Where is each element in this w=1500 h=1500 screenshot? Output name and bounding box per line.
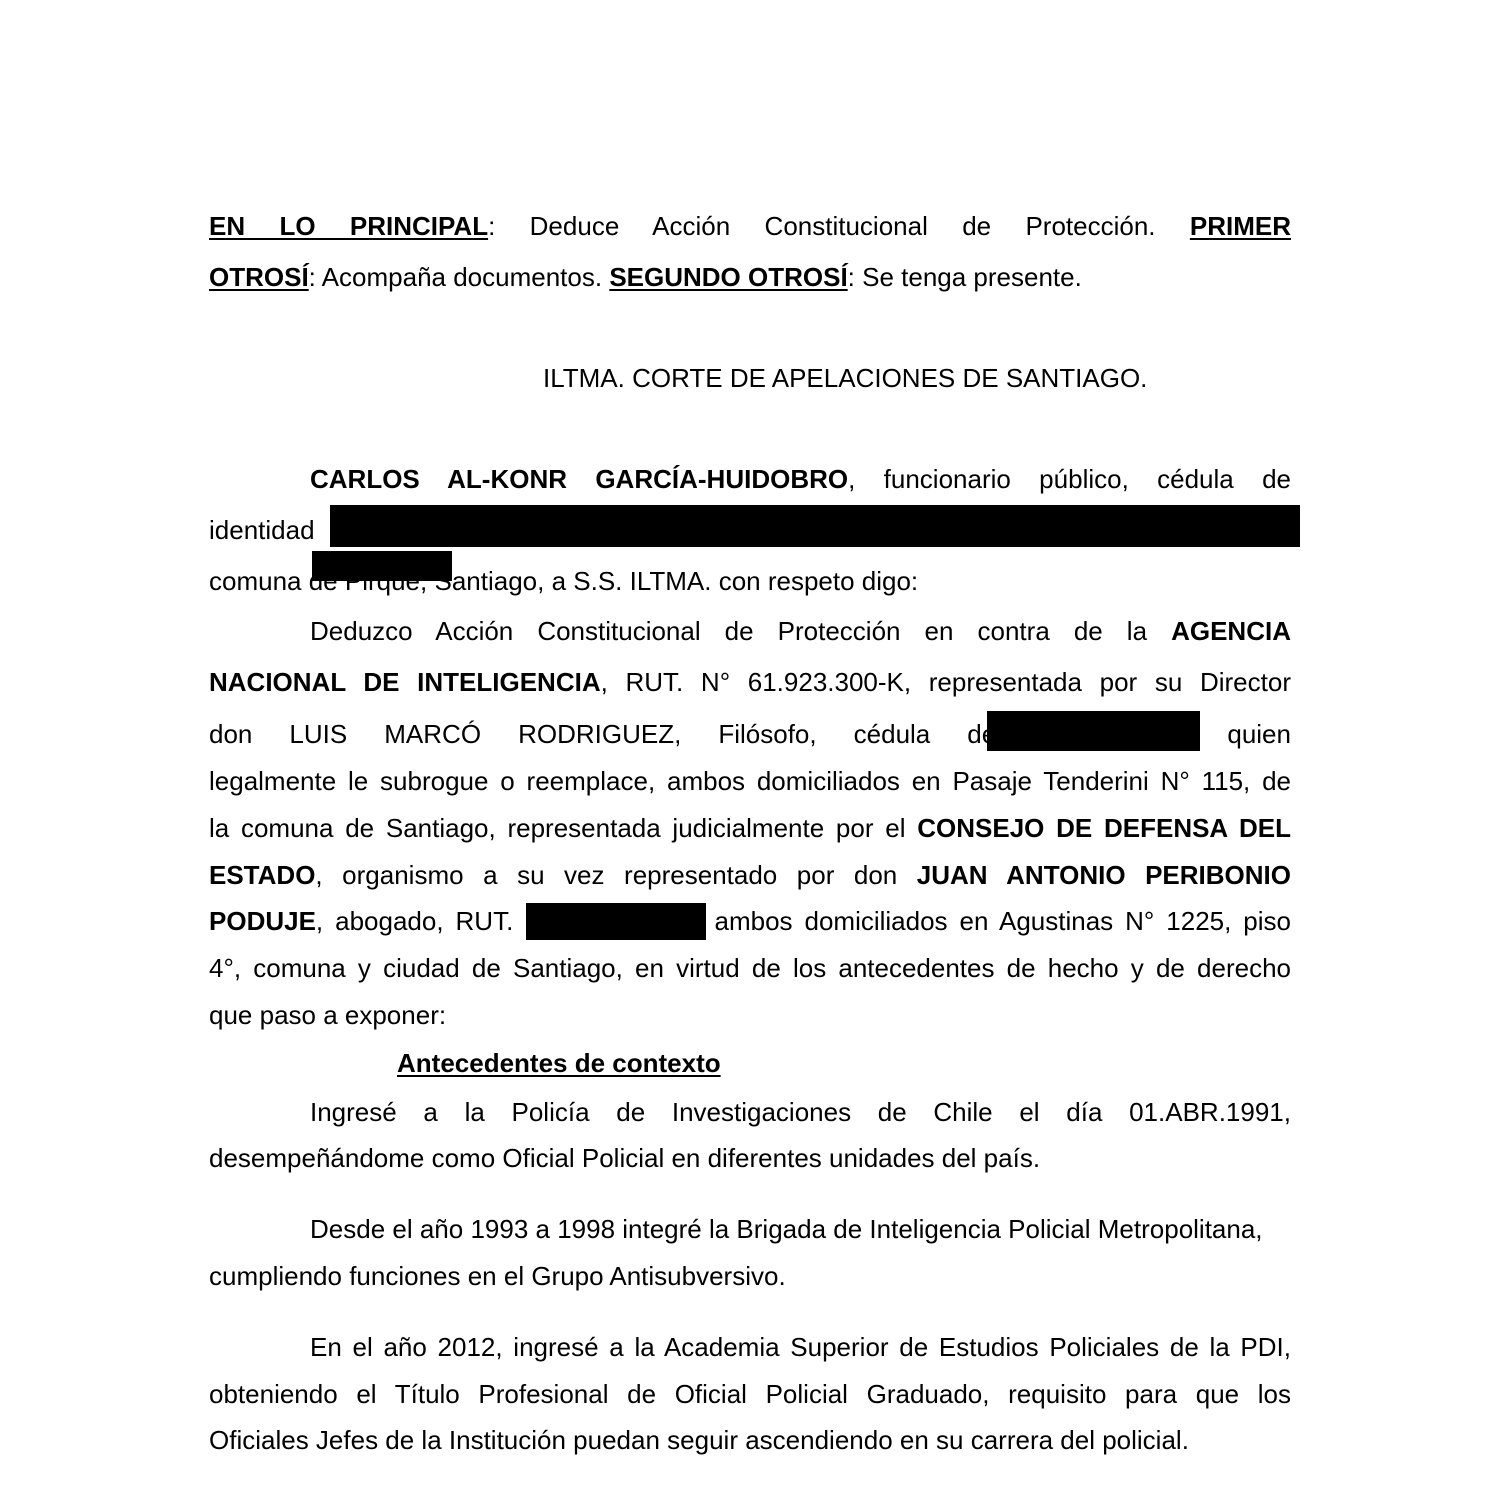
redaction-block xyxy=(330,505,1300,547)
body-line-5-b: CONSEJO DE DEFENSA DEL xyxy=(917,813,1291,843)
paragraph-2-line-2: cumpliendo funciones en el Grupo Antisub… xyxy=(209,1261,1291,1291)
paragraph-1-line-2: desempeñándome como Oficial Policial en … xyxy=(209,1143,1291,1173)
respondent-name: NACIONAL DE INTELIGENCIA xyxy=(209,667,601,697)
body-line-5-a: la comuna de Santiago, representada judi… xyxy=(209,813,905,843)
primer-otrosi-text: : Acompaña documentos. xyxy=(309,262,602,292)
header-line-1: EN LO PRINCIPAL: Deduce Acción Constituc… xyxy=(209,211,1291,241)
body-line-8: 4°, comuna y ciudad de Santiago, en virt… xyxy=(209,953,1291,983)
petitioner-name: CARLOS AL-KONR GARCÍA-HUIDOBRO xyxy=(310,464,848,494)
body-line-1-b: AGENCIA xyxy=(1171,616,1291,646)
principal-text: : Deduce Acción Constitucional de Protec… xyxy=(488,211,1155,241)
body-line-7: PODUJE, abogado, RUT. , ambos domiciliad… xyxy=(209,906,1291,936)
addressee: ILTMA. CORTE DE APELACIONES DE SANTIAGO. xyxy=(543,363,1243,393)
body-line-6-c: JUAN ANTONIO PERIBONIO xyxy=(917,860,1291,890)
body-line-1: Deduzco Acción Constitucional de Protecc… xyxy=(310,616,1291,646)
paragraph-1-line-1: Ingresé a la Policía de Investigaciones … xyxy=(310,1097,1291,1127)
primer-otrosi-label-b: OTROSÍ xyxy=(209,262,309,292)
header-line-2: OTROSÍ: Acompaña documentos. SEGUNDO OTR… xyxy=(209,262,1291,292)
redaction-block xyxy=(312,551,452,581)
paragraph-3-line-3: Oficiales Jefes de la Institución puedan… xyxy=(209,1425,1291,1455)
body-line-4: legalmente le subrogue o reemplace, ambo… xyxy=(209,766,1291,796)
body-line-5: la comuna de Santiago, representada judi… xyxy=(209,813,1291,843)
paragraph-3-line-1: En el año 2012, ingresé a la Academia Su… xyxy=(310,1332,1291,1362)
body-line-7-a: PODUJE xyxy=(209,906,316,936)
body-line-7-c: , ambos domiciliados en Agustinas N° 122… xyxy=(695,906,1291,936)
body-line-2-b: , RUT. N° 61.923.300-K, representada por… xyxy=(601,667,1291,697)
redaction-block xyxy=(526,903,706,940)
body-line-2: NACIONAL DE INTELIGENCIA, RUT. N° 61.923… xyxy=(209,667,1291,697)
body-line-6-b: , organismo a su vez representado por do… xyxy=(315,860,897,890)
body-line-1-a: Deduzco Acción Constitucional de Protecc… xyxy=(310,616,1147,646)
body-line-6: ESTADO, organismo a su vez representado … xyxy=(209,860,1291,890)
principal-label: EN LO PRINCIPAL xyxy=(209,211,488,241)
body-line-6-a: ESTADO xyxy=(209,860,315,890)
intro-line-1-rest: , funcionario público, cédula de xyxy=(848,464,1291,494)
body-line-9: que paso a exponer: xyxy=(209,1000,1291,1030)
intro-line-1: CARLOS AL-KONR GARCÍA-HUIDOBRO, funciona… xyxy=(310,464,1291,494)
segundo-otrosi-label: SEGUNDO OTROSÍ xyxy=(609,262,847,292)
paragraph-2-line-1: Desde el año 1993 a 1998 integré la Brig… xyxy=(310,1214,1300,1244)
paragraph-3-line-2: obteniendo el Título Profesional de Ofic… xyxy=(209,1379,1291,1409)
segundo-otrosi-text: : Se tenga presente. xyxy=(848,262,1082,292)
intro-line-3-b: , Santiago, a S.S. ILTMA. con respeto di… xyxy=(420,566,918,596)
section-title: Antecedentes de contexto xyxy=(397,1048,897,1078)
redaction-block xyxy=(987,711,1200,751)
body-line-7-b: , abogado, RUT. xyxy=(316,906,513,936)
primer-otrosi-label-a: PRIMER xyxy=(1190,211,1291,241)
